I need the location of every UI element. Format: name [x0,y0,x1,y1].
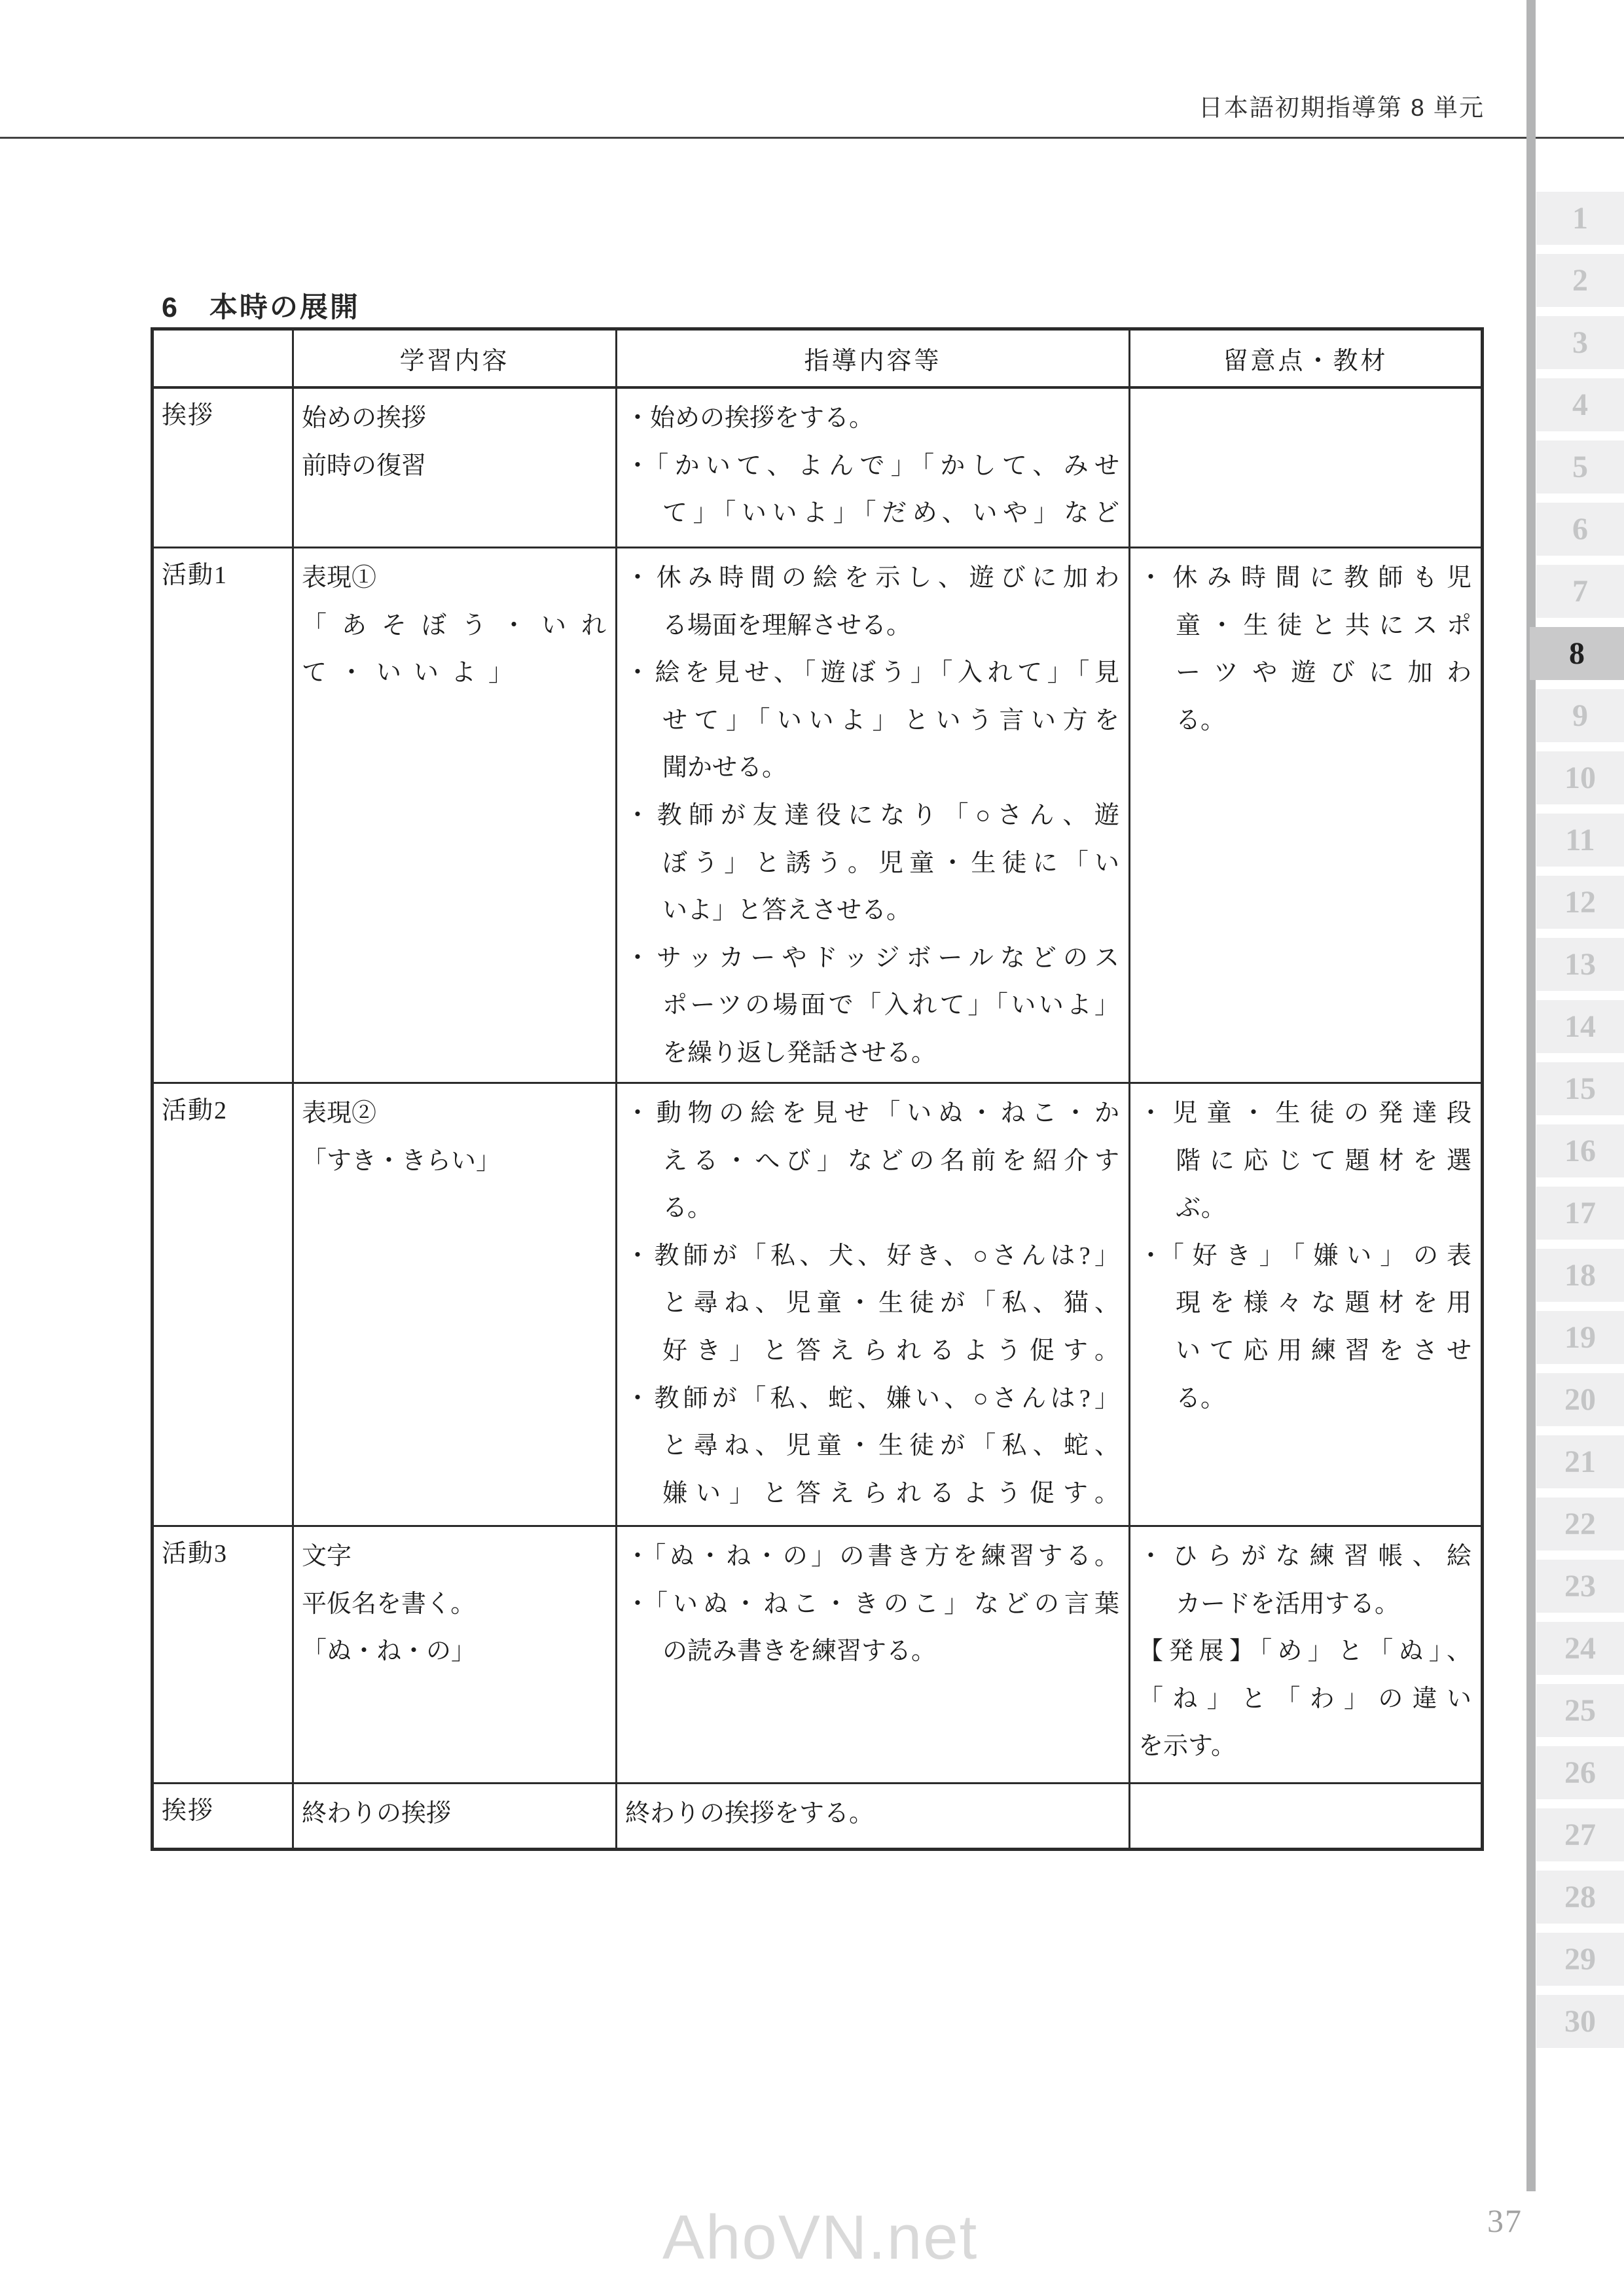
cell-notes: ・ひらがな練習帳、絵カードを活用する。【発展】「め」と「ぬ」、「ね」と「わ」の違… [1130,1526,1483,1784]
text-line: ・「いぬ・ねこ・きのこ」などの言葉 [625,1581,1119,1628]
sidebar-tab-23[interactable]: 23 [1536,1560,1624,1613]
text-line: ・絵を見せ、「遊ぼう」「入れて」「見 [625,649,1119,697]
sidebar-tab-20[interactable]: 20 [1536,1373,1624,1426]
sidebar-tab-8[interactable]: 8 [1530,627,1624,680]
text-line: 表現① [302,554,606,602]
sidebar-tab-28[interactable]: 28 [1536,1871,1624,1924]
sidebar-tab-18[interactable]: 18 [1536,1249,1624,1302]
text-line: と尋ね、児童・生徒が「私、蛇、 [625,1422,1119,1470]
text-line: て・いいよ」 [302,649,606,697]
table-row-greeting-end: 挨拶 終わりの挨拶 終わりの挨拶をする。 [153,1784,1483,1850]
text-line: ・休み時間に教師も児 [1138,554,1471,602]
sidebar-tab-16[interactable]: 16 [1536,1124,1624,1177]
text-line: せて」「いいよ」という言い方を [625,697,1119,745]
text-line: える・へび」などの名前を紹介す [625,1138,1119,1185]
text-line: ・児童・生徒の発達段 [1138,1090,1471,1138]
cell-learning: 終わりの挨拶 [293,1784,617,1850]
table-header-guidance: 指導内容等 [617,329,1130,388]
text-line: 前時の復習 [302,442,606,490]
sidebar-tab-24[interactable]: 24 [1536,1622,1624,1675]
text-line: いよ」と答えさせる。 [625,887,1119,935]
sidebar-tab-1[interactable]: 1 [1536,192,1624,245]
text-line: る場面を理解させる。 [625,602,1119,650]
row-label: 活動1 [153,548,293,1083]
table-row-activity-2: 活動2 表現②「すき・きらい」 ・動物の絵を見せ「いぬ・ねこ・かえる・へび」など… [153,1083,1483,1526]
text-line: 童・生徒と共にスポ [1138,602,1471,650]
sidebar-rule [1526,0,1536,2191]
table-row-greeting-start: 挨拶 始めの挨拶前時の復習 ・始めの挨拶をする。・「かいて、よんで」「かして、み… [153,387,1483,548]
sidebar-tab-25[interactable]: 25 [1536,1684,1624,1737]
sidebar-tab-27[interactable]: 27 [1536,1808,1624,1861]
text-line: る。 [625,1185,1119,1232]
text-line: いて応用練習をさせ [1138,1327,1471,1375]
sidebar-tab-17[interactable]: 17 [1536,1187,1624,1240]
text-line: と尋ね、児童・生徒が「私、猫、 [625,1280,1119,1327]
text-line: カードを活用する。 [1138,1581,1471,1628]
sidebar-tab-6[interactable]: 6 [1536,503,1624,556]
cell-guidance: ・「ぬ・ね・の」の書き方を練習する。・「いぬ・ねこ・きのこ」などの言葉の読み書き… [617,1526,1130,1784]
text-line: ・教師が「私、犬、好き、○さんは?」 [625,1232,1119,1280]
text-line: ・「かいて、よんで」「かして、みせ [625,442,1119,490]
text-line: 「あそぼう・いれ [302,602,606,650]
sidebar-tab-21[interactable]: 21 [1536,1435,1624,1488]
text-line: ・教師が友達役になり「○さん、遊 [625,792,1119,840]
text-line: ポーツの場面で「入れて」「いいよ」 [625,982,1119,1030]
cell-learning: 文字平仮名を書く。「ぬ・ね・の」 [293,1526,617,1784]
table-row-activity-3: 活動3 文字平仮名を書く。「ぬ・ね・の」 ・「ぬ・ね・の」の書き方を練習する。・… [153,1526,1483,1784]
sidebar-tab-26[interactable]: 26 [1536,1746,1624,1799]
table-row-activity-1: 活動1 表現①「あそぼう・いれて・いいよ」 ・休み時間の絵を示し、遊びに加わる場… [153,548,1483,1083]
text-line: 平仮名を書く。 [302,1581,606,1628]
text-line: ・サッカーやドッジボールなどのス [625,935,1119,982]
sidebar-tab-12[interactable]: 12 [1536,876,1624,929]
cell-guidance: ・始めの挨拶をする。・「かいて、よんで」「かして、みせて」「いいよ」「だめ、いや… [617,387,1130,548]
sidebar-tab-11[interactable]: 11 [1536,814,1624,867]
cell-guidance: 終わりの挨拶をする。 [617,1784,1130,1850]
sidebar-tab-5[interactable]: 5 [1536,440,1624,493]
cell-learning: 始めの挨拶前時の復習 [293,387,617,548]
header-rule [0,137,1624,139]
text-line: ・休み時間の絵を示し、遊びに加わ [625,554,1119,602]
text-line: ・始めの挨拶をする。 [625,395,1119,442]
text-line: 聞かせる。 [625,744,1119,792]
cell-notes: ・休み時間に教師も児童・生徒と共にスポーツや遊びに加わる。 [1130,548,1483,1083]
section-title: 6 本時の展開 [162,285,360,325]
sidebar-tab-29[interactable]: 29 [1536,1933,1624,1986]
running-header: 日本語初期指導第 8 単元 [0,88,1485,123]
text-line: る。 [1138,697,1471,745]
cell-notes: ・児童・生徒の発達段階に応じて題材を選ぶ。・「好き」「嫌い」の表現を様々な題材を… [1130,1083,1483,1526]
cell-notes [1130,387,1483,548]
sidebar-tab-15[interactable]: 15 [1536,1062,1624,1115]
text-line: 終わりの挨拶をする。 [625,1790,1119,1838]
sidebar-tab-4[interactable]: 4 [1536,378,1624,431]
row-label: 活動2 [153,1083,293,1526]
text-line: 階に応じて題材を選 [1138,1138,1471,1185]
row-label: 挨拶 [153,1784,293,1850]
sidebar-tab-7[interactable]: 7 [1536,565,1624,618]
text-line: ぼう」と誘う。児童・生徒に「い [625,840,1119,888]
cell-notes [1130,1784,1483,1850]
text-line: ・動物の絵を見せ「いぬ・ねこ・か [625,1090,1119,1138]
watermark: AhoVN.net [662,2202,977,2274]
page-number: 37 [1487,2202,1523,2240]
text-line: 「すき・きらい」 [302,1138,606,1185]
text-line: 【発展】「め」と「ぬ」、 [1138,1628,1471,1676]
text-line: の読み書きを練習する。 [625,1628,1119,1676]
text-line: る。 [1138,1375,1471,1423]
text-line: て」「いいよ」「だめ、いや」など [625,490,1119,537]
sidebar-tab-19[interactable]: 19 [1536,1311,1624,1364]
text-line: ・教師が「私、蛇、嫌い、○さんは?」 [625,1375,1119,1423]
sidebar-tab-22[interactable]: 22 [1536,1498,1624,1551]
text-line: 文字 [302,1533,606,1581]
sidebar-tab-3[interactable]: 3 [1536,316,1624,369]
sidebar-tab-2[interactable]: 2 [1536,254,1624,307]
table-header-row: 学習内容 指導内容等 留意点・教材 [153,329,1483,388]
text-line: 終わりの挨拶 [302,1790,606,1838]
cell-guidance: ・休み時間の絵を示し、遊びに加わる場面を理解させる。・絵を見せ、「遊ぼう」「入れ… [617,548,1130,1083]
table-header-learning: 学習内容 [293,329,617,388]
text-line: ーツや遊びに加わ [1138,649,1471,697]
sidebar-tab-30[interactable]: 30 [1536,1995,1624,2048]
text-line: 「ね」と「わ」の違い [1138,1676,1471,1723]
row-label: 挨拶 [153,387,293,548]
text-line: ぶ。 [1138,1185,1471,1232]
cell-guidance: ・動物の絵を見せ「いぬ・ねこ・かえる・へび」などの名前を紹介する。・教師が「私、… [617,1083,1130,1526]
text-line: 好き」と答えられるよう促す。 [625,1327,1119,1375]
sidebar-tab-9[interactable]: 9 [1536,689,1624,742]
text-line: ・ひらがな練習帳、絵 [1138,1533,1471,1581]
text-line: を示す。 [1138,1723,1471,1770]
lesson-plan-table: 学習内容 指導内容等 留意点・教材 挨拶 始めの挨拶前時の復習 ・始めの挨拶をす… [151,327,1484,1851]
cell-learning: 表現①「あそぼう・いれて・いいよ」 [293,548,617,1083]
text-line: 始めの挨拶 [302,395,606,442]
sidebar-tab-14[interactable]: 14 [1536,1000,1624,1053]
text-line: 嫌い」と答えられるよう促す。 [625,1470,1119,1518]
cell-learning: 表現②「すき・きらい」 [293,1083,617,1526]
sidebar-tab-10[interactable]: 10 [1536,751,1624,804]
table-header-blank [153,329,293,388]
row-label: 活動3 [153,1526,293,1784]
table-header-notes: 留意点・教材 [1130,329,1483,388]
text-line: 現を様々な題材を用 [1138,1280,1471,1327]
text-line: 表現② [302,1090,606,1138]
text-line: を繰り返し発話させる。 [625,1030,1119,1077]
document-page: 日本語初期指導第 8 単元 6 本時の展開 学習内容 指導内容等 留意点・教材 … [0,0,1624,2296]
sidebar-tab-13[interactable]: 13 [1536,938,1624,991]
sidebar-tabs: 1234567891011121314151617181920212223242… [1536,192,1624,2057]
text-line: 「ぬ・ね・の」 [302,1628,606,1676]
text-line: ・「ぬ・ね・の」の書き方を練習する。 [625,1533,1119,1581]
text-line: ・「好き」「嫌い」の表 [1138,1232,1471,1280]
